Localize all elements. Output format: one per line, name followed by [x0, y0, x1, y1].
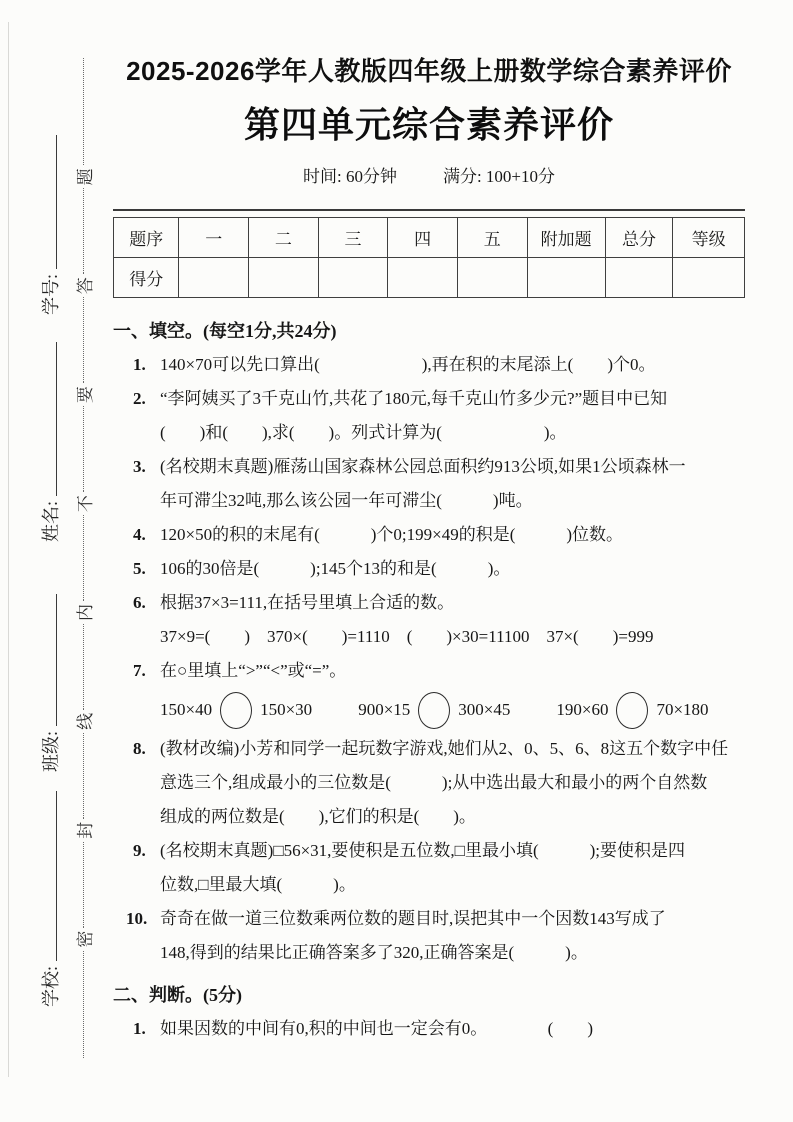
question-line: 奇奇在做一道三位数乘两位数的题目时,误把其中一个因数143写成了 — [160, 902, 745, 936]
score-table-header: 一 — [179, 218, 249, 258]
dotted-segment — [83, 297, 84, 383]
question-line: 年可滞尘32吨,那么该公园一年可滞尘( )吨。 — [160, 484, 745, 518]
question-line: 在○里填上“>”“<”或“=”。 — [160, 654, 745, 688]
question-line: 140×70可以先口算出( ),再在积的末尾添上( )个0。 — [160, 348, 745, 382]
compare-circle — [418, 692, 450, 729]
comparison-item: 150×40 150×30 — [160, 692, 312, 729]
question-number: 8. — [133, 732, 146, 766]
question-line: 如果因数的中间有0,积的中间也一定会有0。 ( ) — [160, 1012, 745, 1046]
score-table-header: 四 — [388, 218, 458, 258]
score-table-header: 五 — [457, 218, 527, 258]
question-1-9: 9. (名校期末真题)□56×31,要使积是五位数,□里最小填( );要使积是四… — [113, 834, 745, 902]
score-table-header: 总分 — [605, 218, 673, 258]
dotted-segment — [83, 842, 84, 928]
question-1-8: 8. (教材改编)小芳和同学一起玩数字游戏,她们从2、0、5、6、8这五个数字中… — [113, 732, 745, 834]
comparison-right: 300×45 — [458, 700, 510, 720]
question-1-5: 5. 106的30倍是( );145个13的和是( )。 — [113, 552, 745, 586]
section-1-heading: 一、填空。(每空1分,共24分) — [113, 314, 745, 348]
student-name-blank-line — [43, 342, 58, 496]
true-false-statement: 如果因数的中间有0,积的中间也一定会有0。 — [160, 1012, 487, 1046]
school-field: 学校: — [38, 791, 62, 1007]
seal-char: 密 — [71, 931, 96, 948]
school-label: 学校: — [37, 966, 63, 1007]
section-1-note: (每空1分,共24分) — [203, 321, 337, 341]
seal-dotted-line: 密 封 线 内 不 要 答 题 — [70, 58, 96, 1058]
question-line: 37×9=( ) 370×( )=1110 ( )×30=11100 37×( … — [160, 620, 745, 654]
student-name-label: 姓名: — [37, 501, 63, 542]
question-1-1: 1. 140×70可以先口算出( ),再在积的末尾添上( )个0。 — [113, 348, 745, 382]
dotted-segment — [83, 515, 84, 601]
seal-char: 线 — [71, 713, 96, 730]
question-line: 组成的两位数是( ),它们的积是( )。 — [160, 800, 745, 834]
score-cell — [457, 258, 527, 298]
question-line: ( )和( ),求( )。列式计算为( )。 — [160, 416, 745, 450]
question-1-3: 3. (名校期末真题)雁荡山国家森林公园总面积约913公顷,如果1公顷森林一 年… — [113, 450, 745, 518]
exam-title: 第四单元综合素养评价 — [113, 101, 745, 149]
question-line: 位数,□里最大填( )。 — [160, 868, 745, 902]
score-cell — [318, 258, 388, 298]
score-table-header: 等级 — [673, 218, 745, 258]
section-2-heading: 二、判断。(5分) — [113, 978, 745, 1012]
comparison-item: 900×15 300×45 — [358, 692, 510, 729]
question-line: 148,得到的结果比正确答案多了320,正确答案是( )。 — [160, 936, 745, 970]
student-number-field: 学号: — [38, 135, 62, 315]
dotted-segment — [83, 951, 84, 1058]
exam-meta: 时间: 60分钟 满分: 100+10分 — [113, 165, 745, 189]
question-number: 3. — [133, 450, 146, 484]
question-line: 120×50的积的末尾有( )个0;199×49的积是( )位数。 — [160, 518, 745, 552]
student-number-blank-line — [43, 135, 58, 269]
question-1-4: 4. 120×50的积的末尾有( )个0;199×49的积是( )位数。 — [113, 518, 745, 552]
score-table: 题序 一 二 三 四 五 附加题 总分 等级 得分 — [113, 217, 745, 298]
score-cell — [673, 258, 745, 298]
question-number: 5. — [133, 552, 146, 586]
seal-char: 答 — [71, 277, 96, 294]
dotted-segment — [83, 733, 84, 819]
exam-content: 2025-2026学年人教版四年级上册数学综合素养评价 第四单元综合素养评价 时… — [113, 0, 745, 1046]
score-cell — [605, 258, 673, 298]
student-name-field: 姓名: — [38, 342, 62, 542]
dotted-segment — [83, 188, 84, 274]
question-1-10: 10. 奇奇在做一道三位数乘两位数的题目时,误把其中一个因数143写成了 148… — [113, 902, 745, 970]
score-cell — [527, 258, 605, 298]
class-field: 班级: — [38, 594, 62, 772]
comparison-left: 190×60 — [556, 700, 608, 720]
question-1-6: 6. 根据37×3=111,在括号里填上合适的数。 37×9=( ) 370×(… — [113, 586, 745, 654]
dotted-segment — [83, 406, 84, 492]
section-1-title: 一、填空。 — [113, 321, 203, 341]
page-edge-line — [8, 22, 9, 1077]
answer-blank: ( ) — [548, 1012, 593, 1046]
question-number: 1. — [133, 1012, 146, 1046]
question-line: (名校期末真题)□56×31,要使积是五位数,□里最小填( );要使积是四 — [160, 834, 745, 868]
comparison-right: 70×180 — [656, 700, 708, 720]
comparison-left: 900×15 — [358, 700, 410, 720]
dotted-segment — [83, 58, 84, 165]
score-cell — [179, 258, 249, 298]
question-line: (名校期末真题)雁荡山国家森林公园总面积约913公顷,如果1公顷森林一 — [160, 450, 745, 484]
question-number: 9. — [133, 834, 146, 868]
school-blank-line — [43, 791, 58, 961]
seal-char: 题 — [71, 168, 96, 185]
compare-circle — [616, 692, 648, 729]
question-number: 1. — [133, 348, 146, 382]
comparison-right: 150×30 — [260, 700, 312, 720]
comparison-item: 190×60 70×180 — [556, 692, 708, 729]
question-2-1: 1. 如果因数的中间有0,积的中间也一定会有0。 ( ) — [113, 1012, 745, 1046]
question-line: 根据37×3=111,在括号里填上合适的数。 — [160, 586, 745, 620]
question-number: 7. — [133, 654, 146, 688]
question-line: “李阿姨买了3千克山竹,共花了180元,每千克山竹多少元?”题目中已知 — [160, 382, 745, 416]
score-table-score-row: 得分 — [114, 258, 745, 298]
comparison-left: 150×40 — [160, 700, 212, 720]
score-table-header-row: 题序 一 二 三 四 五 附加题 总分 等级 — [114, 218, 745, 258]
section-2-title: 二、判断。 — [113, 985, 203, 1005]
class-label: 班级: — [37, 731, 63, 772]
score-cell — [249, 258, 319, 298]
score-table-header: 二 — [249, 218, 319, 258]
question-number: 2. — [133, 382, 146, 416]
score-table-wrap: 题序 一 二 三 四 五 附加题 总分 等级 得分 — [113, 209, 745, 298]
seal-char: 内 — [71, 604, 96, 621]
score-row-label: 得分 — [114, 258, 179, 298]
question-number: 10. — [126, 902, 147, 936]
time-label: 时间: 60分钟 — [303, 165, 397, 189]
fullscore-label: 满分: 100+10分 — [443, 165, 555, 189]
dotted-segment — [83, 624, 84, 710]
question-line: 106的30倍是( );145个13的和是( )。 — [160, 552, 745, 586]
student-number-label: 学号: — [37, 274, 63, 315]
comparison-row: 150×40 150×30 900×15 300×45 190×60 70×18… — [160, 688, 745, 732]
compare-circle — [220, 692, 252, 729]
question-line: 意选三个,组成最小的三位数是( );从中选出最大和最小的两个自然数 — [160, 766, 745, 800]
question-1-7: 7. 在○里填上“>”“<”或“=”。 150×40 150×30 900×15… — [113, 654, 745, 732]
question-1-2: 2. “李阿姨买了3千克山竹,共花了180元,每千克山竹多少元?”题目中已知 (… — [113, 382, 745, 450]
seal-char: 要 — [71, 386, 96, 403]
question-line: (教材改编)小芳和同学一起玩数字游戏,她们从2、0、5、6、8这五个数字中任 — [160, 732, 745, 766]
class-blank-line — [43, 594, 58, 726]
score-table-header: 三 — [318, 218, 388, 258]
question-number: 6. — [133, 586, 146, 620]
header-title: 2025-2026学年人教版四年级上册数学综合素养评价 — [113, 54, 745, 88]
section-2-note: (5分) — [203, 985, 242, 1005]
question-number: 4. — [133, 518, 146, 552]
score-cell — [388, 258, 458, 298]
score-table-header: 题序 — [114, 218, 179, 258]
seal-char: 不 — [71, 495, 96, 512]
seal-char: 封 — [71, 822, 96, 839]
score-table-header: 附加题 — [527, 218, 605, 258]
